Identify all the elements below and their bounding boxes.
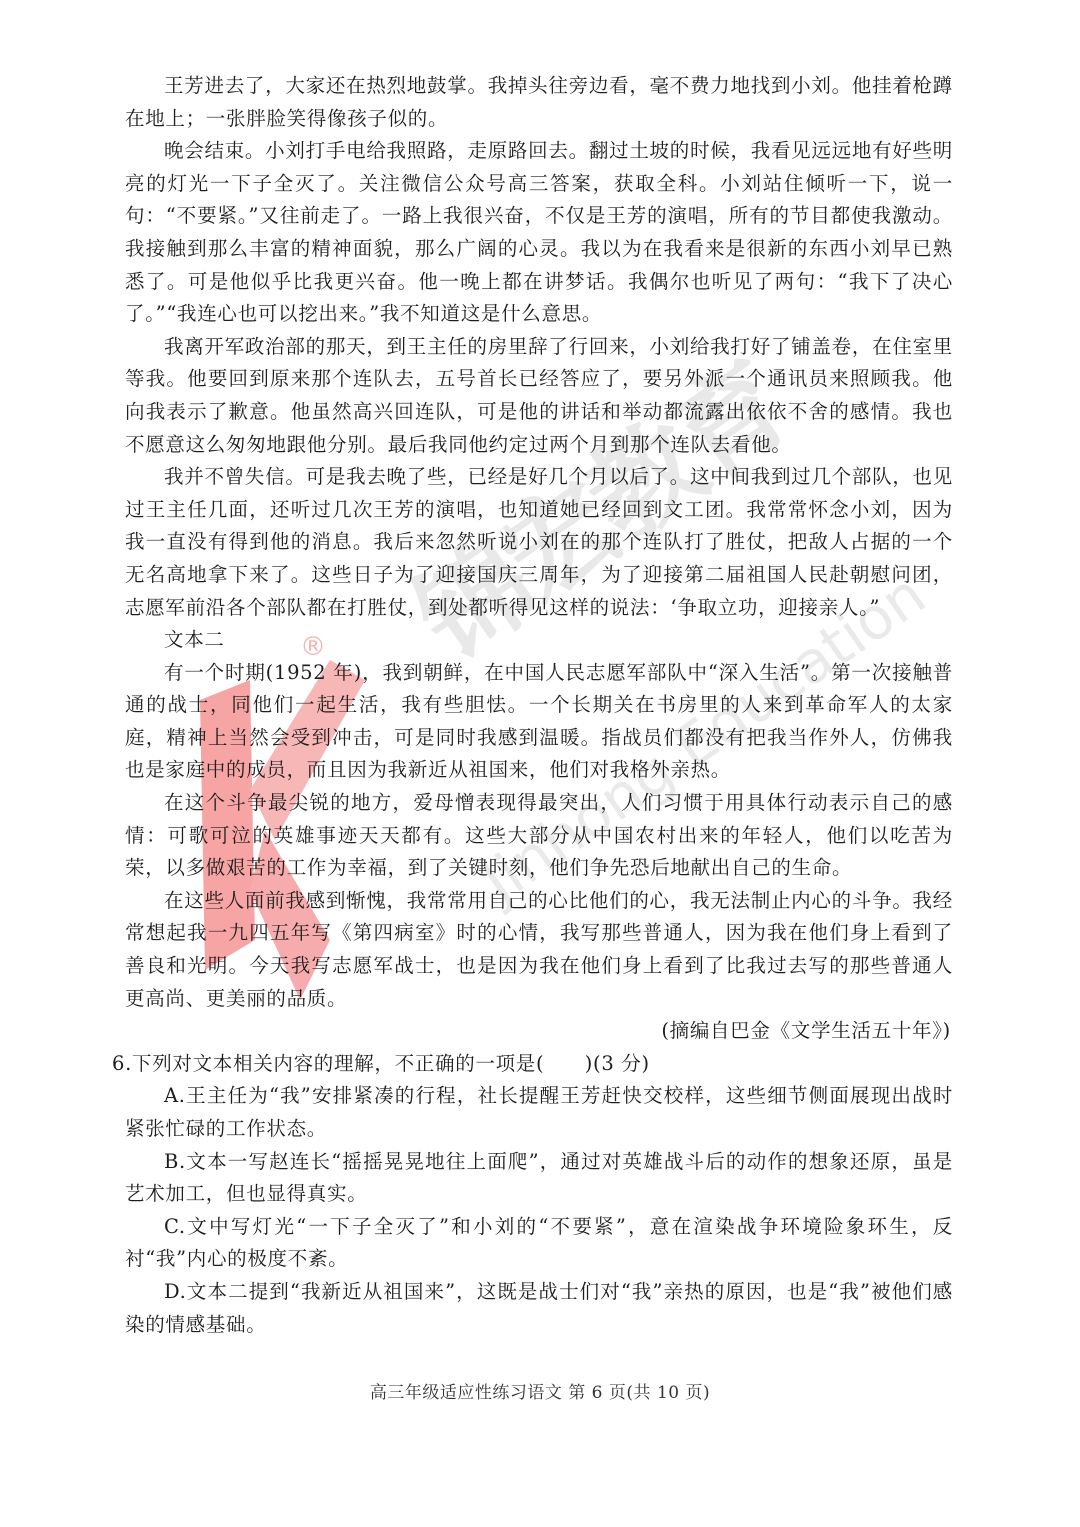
paragraph: 有一个时期(1952 年)，我到朝鲜，在中国人民志愿军部队中“深入生活”。第一次… — [125, 657, 953, 787]
option-c: C.文中写灯光“一下子全灭了”和小刘的“不要紧”，意在渲染战争环境险象环生，反衬… — [125, 1211, 953, 1276]
paragraph: 我离开军政治部的那天，到王主任的房里辞了行回来，小刘给我打好了铺盖卷，在住室里等… — [125, 331, 953, 461]
source-citation: (摘编自巴金《文学生活五十年》) — [125, 1015, 953, 1048]
question-6: 6.下列对文本相关内容的理解，不正确的一项是( )(3 分) A.王主任为“我”… — [125, 1048, 953, 1341]
exam-page: 王芳进去了，大家还在热烈地鼓掌。我掉头往旁边看，毫不费力地找到小刘。他挂着枪蹲在… — [125, 70, 953, 1341]
text-two: 文本二 有一个时期(1952 年)，我到朝鲜，在中国人民志愿军部队中“深入生活”… — [125, 624, 953, 1048]
paragraph: 在这些人面前我感到惭愧，我常常用自己的心比他们的心，我无法制止内心的斗争。我经常… — [125, 885, 953, 1015]
option-d: D.文本二提到“我新近从祖国来”，这既是战士们对“我”亲热的原因，也是“我”被他… — [125, 1276, 953, 1341]
paragraph: 王芳进去了，大家还在热烈地鼓掌。我掉头往旁边看，毫不费力地找到小刘。他挂着枪蹲在… — [125, 70, 953, 135]
text-one-continued: 王芳进去了，大家还在热烈地鼓掌。我掉头往旁边看，毫不费力地找到小刘。他挂着枪蹲在… — [125, 70, 953, 624]
question-stem: 6.下列对文本相关内容的理解，不正确的一项是( )(3 分) — [112, 1048, 953, 1081]
paragraph: 在这个斗争最尖锐的地方，爱母憎表现得最突出，人们习惯于用具体行动表示自己的感情：… — [125, 787, 953, 885]
section-heading: 文本二 — [125, 624, 953, 657]
option-b: B.文本一写赵连长“摇摇晃晃地往上面爬”，通过对英雄战斗后的动作的想象还原，虽是… — [125, 1146, 953, 1211]
page-footer: 高三年级适应性练习语文 第 6 页(共 10 页) — [0, 1378, 1080, 1403]
paragraph: 晚会结束。小刘打手电给我照路，走原路回去。翻过土坡的时候，我看见远远地有好些明亮… — [125, 135, 953, 331]
option-a: A.王主任为“我”安排紧凑的行程，社长提醒王芳赶快交校样，这些细节侧面展现出战时… — [125, 1080, 953, 1145]
paragraph: 我并不曾失信。可是我去晚了些，已经是好几个月以后了。这中间我到过几个部队，也见过… — [125, 461, 953, 624]
